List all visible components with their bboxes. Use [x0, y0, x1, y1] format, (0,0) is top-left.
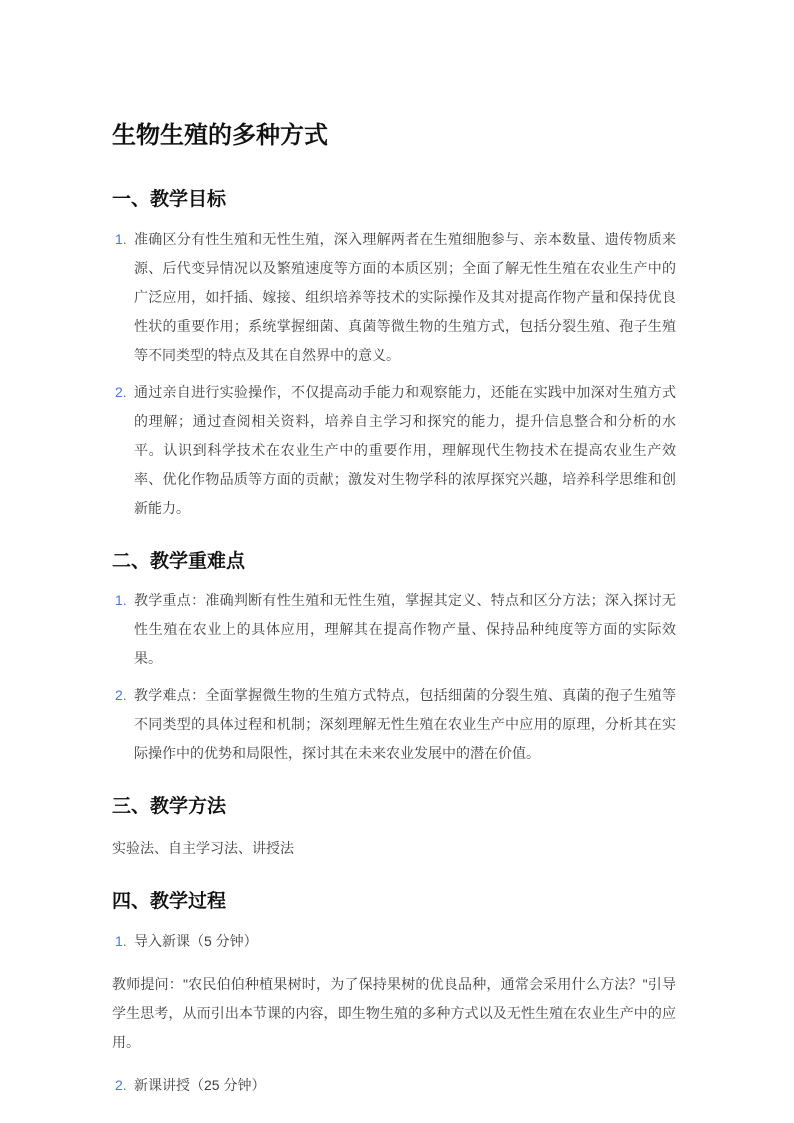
paragraph-lesson-intro: 教师提问："农民伯伯种植果树时，为了保持果树的优良品种，通常会采用什么方法？"引… [112, 970, 676, 1057]
ordered-list: 2. 新课讲授（25 分钟） [112, 1071, 676, 1100]
list-marker: 1. [112, 225, 134, 254]
list-item: 1. 准确区分有性生殖和无性生殖，深入理解两者在生殖细胞参与、亲本数量、遗传物质… [112, 225, 676, 370]
ordered-list: 1. 准确区分有性生殖和无性生殖，深入理解两者在生殖细胞参与、亲本数量、遗传物质… [112, 225, 676, 523]
list-item: 2. 教学难点：全面掌握微生物的生殖方式特点，包括细菌的分裂生殖、真菌的孢子生殖… [112, 681, 676, 768]
list-item-text: 通过亲自进行实验操作，不仅提高动手能力和观察能力，还能在实践中加深对生殖方式的理… [134, 378, 676, 523]
list-item: 1. 教学重点：准确判断有性生殖和无性生殖，掌握其定义、特点和区分方法；深入探讨… [112, 586, 676, 673]
ordered-list: 1. 教学重点：准确判断有性生殖和无性生殖，掌握其定义、特点和区分方法；深入探讨… [112, 586, 676, 768]
list-item-text: 教学重点：准确判断有性生殖和无性生殖，掌握其定义、特点和区分方法；深入探讨无性生… [134, 586, 676, 673]
list-marker: 1. [112, 927, 134, 956]
list-marker: 1. [112, 586, 134, 615]
list-item-text: 导入新课（5 分钟） [134, 927, 676, 956]
list-item: 1. 导入新课（5 分钟） [112, 927, 676, 956]
list-item: 2. 通过亲自进行实验操作，不仅提高动手能力和观察能力，还能在实践中加深对生殖方… [112, 378, 676, 523]
section-heading-teaching-methods: 三、教学方法 [112, 794, 676, 820]
list-item-text: 准确区分有性生殖和无性生殖，深入理解两者在生殖细胞参与、亲本数量、遗传物质来源、… [134, 225, 676, 370]
page-title: 生物生殖的多种方式 [112, 120, 676, 151]
ordered-list: 1. 导入新课（5 分钟） [112, 927, 676, 956]
list-marker: 2. [112, 681, 134, 710]
section-heading-key-difficult-points: 二、教学重难点 [112, 549, 676, 575]
list-marker: 2. [112, 378, 134, 407]
document-page: 生物生殖的多种方式 一、教学目标 1. 准确区分有性生殖和无性生殖，深入理解两者… [0, 0, 794, 1123]
section-heading-teaching-goals: 一、教学目标 [112, 187, 676, 213]
list-item: 2. 新课讲授（25 分钟） [112, 1071, 676, 1100]
list-marker: 2. [112, 1071, 134, 1100]
paragraph-teaching-methods: 实验法、自主学习法、讲授法 [112, 834, 676, 863]
list-item-text: 新课讲授（25 分钟） [134, 1071, 676, 1100]
section-heading-teaching-process: 四、教学过程 [112, 889, 676, 915]
list-item-text: 教学难点：全面掌握微生物的生殖方式特点，包括细菌的分裂生殖、真菌的孢子生殖等不同… [134, 681, 676, 768]
